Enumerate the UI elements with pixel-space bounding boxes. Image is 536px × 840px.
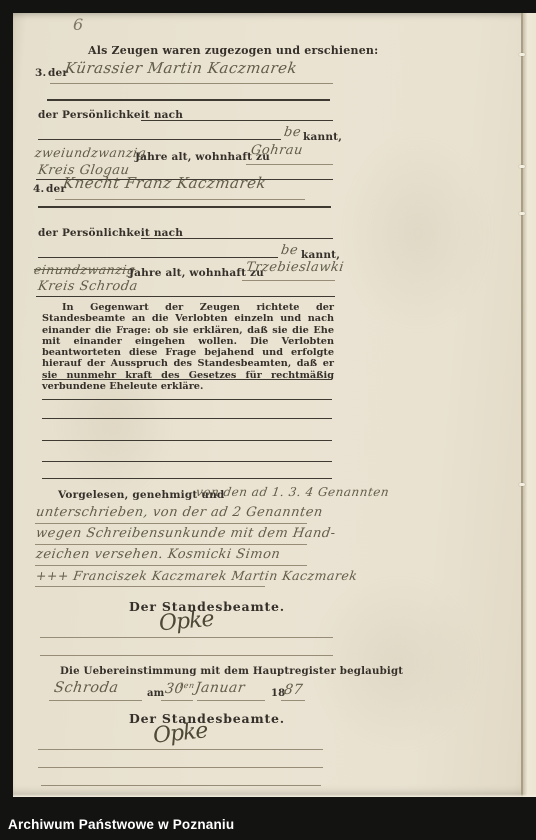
- ruled-line: [161, 700, 193, 701]
- known-handwritten-3: be: [283, 125, 302, 140]
- ruled-line: [35, 523, 307, 524]
- closing-handwritten-line4: zeichen versehen. Kosmicki Simon: [35, 547, 281, 562]
- item3-name-handwritten: Kürassier Martin Kaczmarek: [64, 59, 299, 77]
- ruled-line: [42, 418, 332, 419]
- page-number: 6: [73, 15, 83, 34]
- residence-handwritten-4: Trzebieslawki: [245, 260, 345, 275]
- known-printed-3: kannt,: [303, 131, 342, 143]
- item4-number: 4.: [33, 183, 44, 195]
- ruled-line: [50, 83, 333, 84]
- binding-stitch: [519, 53, 525, 56]
- ruled-line: [42, 379, 332, 380]
- ruled-line: [197, 700, 265, 701]
- ruled-line: [49, 700, 142, 701]
- register-page: 6 Als Zeugen waren zugezogen und erschie…: [13, 13, 536, 797]
- ruled-line: [42, 440, 332, 441]
- known-handwritten-4: be: [280, 243, 299, 258]
- signature-line: [40, 637, 333, 638]
- age-label-4: Jahre alt, wohnhaft zu: [129, 267, 264, 279]
- ruled-line: [38, 139, 281, 140]
- binding-stitch: [519, 212, 525, 215]
- ruled-line: [55, 199, 305, 200]
- next-page-edge: [523, 13, 536, 797]
- cert-year-handwritten: 87: [283, 682, 304, 698]
- cert-day-suffix: ten: [179, 681, 195, 690]
- ruled-line: [38, 767, 323, 768]
- age-handwritten-4: einundzwanzig: [33, 262, 137, 277]
- ruled-line: [35, 586, 265, 587]
- closing-handwritten-line1: von den ad 1. 3. 4 Genannten: [195, 485, 390, 499]
- ruled-line: [35, 544, 307, 545]
- age-handwritten-3: zweiundzwanzig: [34, 145, 147, 160]
- closing-handwritten-line3: wegen Schreibensunkunde mit dem Hand-: [35, 526, 337, 541]
- bleedthrough-smudge: [343, 133, 493, 333]
- item4-name-handwritten: Knecht Franz Kaczmarek: [62, 174, 268, 192]
- ruled-line: [42, 478, 332, 479]
- residence-handwritten-3: Gohrau: [250, 143, 304, 158]
- closing-handwritten-line2: unterschrieben, von der ad 2 Genannten: [35, 505, 324, 520]
- district-handwritten-4: Kreis Schroda: [37, 279, 139, 294]
- ruled-line: [242, 280, 335, 281]
- ruled-line: [281, 700, 305, 701]
- scan-photo-frame: 6 Als Zeugen waren zugezogen und erschie…: [0, 0, 536, 840]
- page-binding-seam: [521, 13, 523, 797]
- registrar-signature-1: Opke: [158, 607, 214, 637]
- ruled-line: [141, 120, 333, 121]
- ruled-line: [38, 206, 331, 208]
- ruled-line: [42, 461, 332, 462]
- ruled-line: [42, 399, 332, 400]
- ruled-line: [246, 164, 333, 165]
- ruled-line: [36, 296, 335, 297]
- witness-intro: Als Zeugen waren zugezogen und erschiene…: [88, 44, 378, 57]
- archive-caption: Archiwum Państwowe w Poznaniu: [8, 817, 234, 832]
- cert-month-handwritten: Januar: [194, 680, 246, 696]
- ruled-line: [41, 785, 321, 786]
- binding-stitch: [519, 483, 525, 486]
- registrar-signature-2: Opke: [152, 718, 209, 749]
- closing-handwritten-line5: +++ Franciszek Kaczmarek Martin Kaczmare…: [35, 568, 359, 583]
- bleedthrough-smudge: [313, 573, 483, 753]
- cert-place-handwritten: Schroda: [53, 680, 120, 696]
- ruled-line: [40, 655, 333, 656]
- ruled-line: [35, 565, 307, 566]
- ruled-line: [47, 99, 330, 101]
- ruled-line: [141, 238, 333, 239]
- certification-text: Die Uebereinstimmung mit dem Hauptregist…: [60, 665, 403, 677]
- signature-line: [38, 749, 323, 750]
- binding-stitch: [519, 165, 525, 168]
- item3-number: 3.: [35, 67, 46, 79]
- cert-am-label: am: [147, 688, 164, 699]
- ruled-line: [38, 257, 278, 258]
